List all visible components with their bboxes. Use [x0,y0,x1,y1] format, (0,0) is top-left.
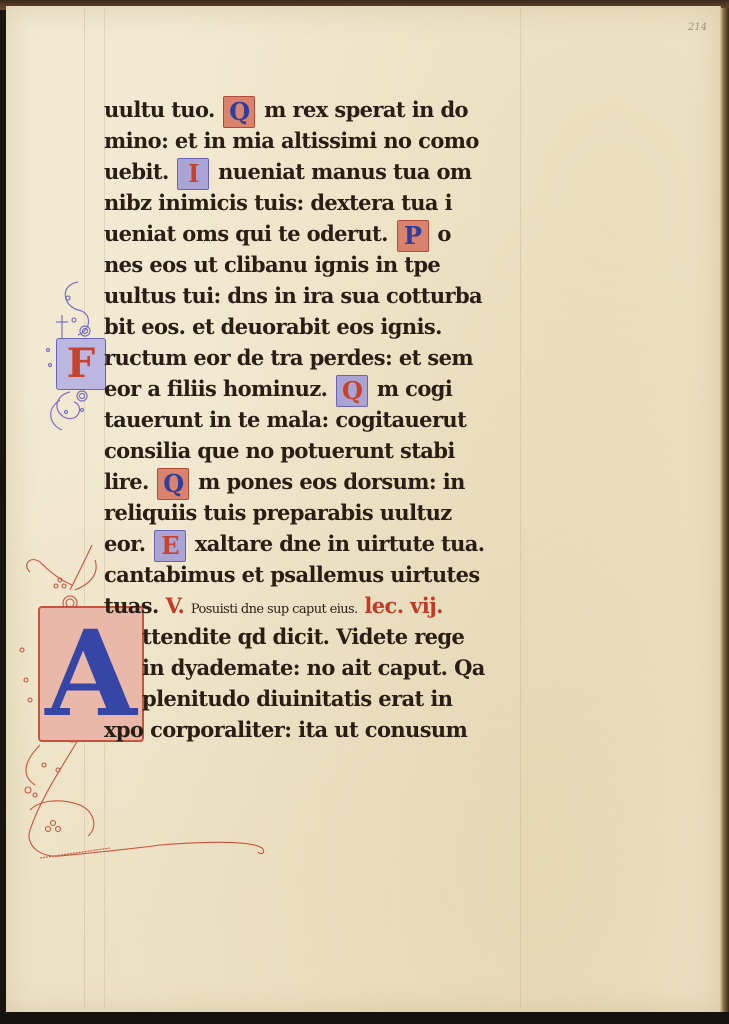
penwork-initial-f: F [56,338,106,390]
decorated-initial-p: P [397,220,429,252]
text-line: ructum eor de tra perdes: et sem [104,342,524,373]
text-line: nes eos ut clibanu ignis in tpe [104,249,524,280]
rubric-versicle: V. [165,593,184,618]
text-line: uultu tuo. Q m rex sperat in do [104,94,524,125]
decorated-initial-e: E [154,530,186,562]
text-line-rubric: tuas. V. Posuisti dne sup caput eius. le… [104,590,524,621]
text-line: eor. E xaltare dne in uirtute tua. [104,528,524,559]
text-line: nibz inimicis tuis: dextera tua i [104,187,524,218]
text-line: ueniat oms qui te oderut. P o [104,218,524,249]
text-line: cantabimus et psallemus uirtutes [104,559,524,590]
text-line: consilia que no potuerunt stabi [104,435,524,466]
text-line: mino: et in mia altissimi no como [104,125,524,156]
decorated-initial-q: Q [223,96,255,128]
versicle-text: Posuisti dne sup caput eius. [191,602,358,617]
text-line: plenitudo diuinitatis erat in [104,683,524,714]
rubric-lesson-number: lec. vij. [364,593,442,618]
text-line: uebit. I nueniat manus tua om [104,156,524,187]
text-line: in dyademate: no ait caput. Qa [104,652,524,683]
text-line: lire. Q m pones eos dorsum: in [104,466,524,497]
manuscript-text-column: uultu tuo. Q m rex sperat in do mino: et… [104,94,524,745]
text-line: eor a filiis hominuz. Q m cogi [104,373,524,404]
decorated-initial-q: Q [336,375,368,407]
text-line: uultus tui: dns in ira sua cotturba [104,280,524,311]
decorated-initial-q: Q [157,468,189,500]
decorated-initial-i: I [177,158,209,190]
text-line: xpo corporaliter: ita ut conusum [104,714,524,745]
text-line: ttendite qd dicit. Videte rege [104,621,524,652]
text-line: reliquiis tuis preparabis uultuz [104,497,524,528]
text-line: bit eos. et deuorabit eos ignis. [104,311,524,342]
text-line: tauerunt in te mala: cogitauerut [104,404,524,435]
